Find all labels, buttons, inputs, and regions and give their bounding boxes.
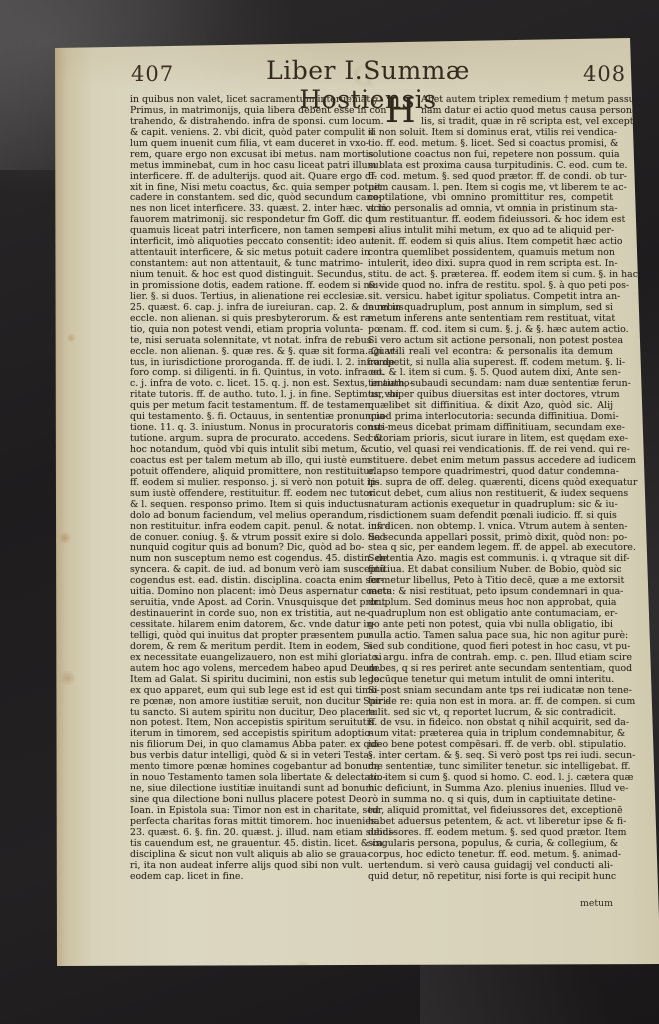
text-line: pœnam. ff. cod. item si cum. §. j. & §. … — [368, 325, 613, 336]
text-line: ius dicen. non obtemp. l. vnica. Vtrum a… — [368, 522, 613, 533]
text-line: eodem cap. licet in fine. — [130, 872, 363, 883]
text-line: tur de re: quia non est in mora. ar. ff.… — [368, 697, 613, 708]
text-column-right: 7 H Abet autem triplex remedium † metum … — [368, 95, 613, 883]
text-line: re pœnæ, non amore iustitiæ seruit, non … — [130, 697, 363, 708]
text-line: sublata est proxima causa turpitudinis. … — [368, 161, 613, 172]
text-line: metus imminebat, cum in hoc casu liceat … — [130, 161, 363, 172]
running-head: 407 Liber I.Summæ Hostiensis 408 — [53, 56, 659, 90]
text-line: eccle. non alienan. §. quæ res. & §. quæ… — [130, 347, 363, 358]
text-line: solutione coactus non fui, repetere non … — [368, 150, 613, 161]
text-line: & l. sequen. responso primo. Item si qui… — [130, 500, 363, 511]
drop-cap-initial: H — [385, 95, 416, 127]
folio-number-right: 408 — [583, 62, 626, 86]
text-column-left: in quibus non valet, licet sacramentum i… — [130, 95, 363, 883]
text-line: ff. cod. metum. §. sed quod prætor. ff. … — [368, 172, 613, 183]
text-line: Si vero actum sit actione personali, non… — [368, 336, 613, 347]
text-line: uertendum. si verò causa guidagij vel co… — [368, 861, 613, 872]
text-line: rem, quare ergo non excusat ibi metus. n… — [130, 150, 363, 161]
text-line: tio, quia non potest vendi, etiam propri… — [130, 325, 363, 336]
paragraph-number: 7 — [372, 98, 378, 109]
text-line: quid detur, nō repetitur, nisi forte is … — [368, 872, 613, 883]
text-line: disciplina & sicut non vult aliquis ab a… — [130, 850, 363, 861]
text-line: ex quo apparet, eum qui sub lege est id … — [130, 686, 363, 697]
folio-number-left: 407 — [131, 62, 174, 86]
text-line: te, nisi seruata solennitate, vt notat. … — [130, 336, 363, 347]
text-line: Si post sniam secundam ante tps rei iudi… — [368, 686, 613, 697]
text-line: corpus, hoc edicto tenetur. ff. eod. met… — [368, 850, 613, 861]
text-line: risdictionem suam defendit pœnali iudici… — [368, 511, 613, 522]
scanned-book-photo: { "page": { "folio_left": "407", "runnin… — [0, 0, 659, 1024]
text-line: dolo ad bonum faciendum, vel melius oper… — [130, 511, 363, 522]
text-line: agi vtili reali vel econtra: & personali… — [368, 347, 613, 358]
text-line: ri, ita non audeat inferre alijs quod si… — [130, 861, 363, 872]
catchword: metum — [368, 898, 619, 909]
text-line: interficere. ff. de adulterijs. quod ait… — [130, 172, 363, 183]
text-line: non restituitur. infra eodem capit. penu… — [130, 522, 363, 533]
text-line: docūque tenetur qui metum intulit de omn… — [368, 675, 613, 686]
book-page: D 407 Liber I.Summæ Hostiensis 408 in qu… — [53, 38, 659, 966]
text-line: naturam actionis exequetur in quadruplum… — [368, 500, 613, 511]
text-line: Item ad Galat. Si spiritu ducimini, non … — [130, 675, 363, 686]
